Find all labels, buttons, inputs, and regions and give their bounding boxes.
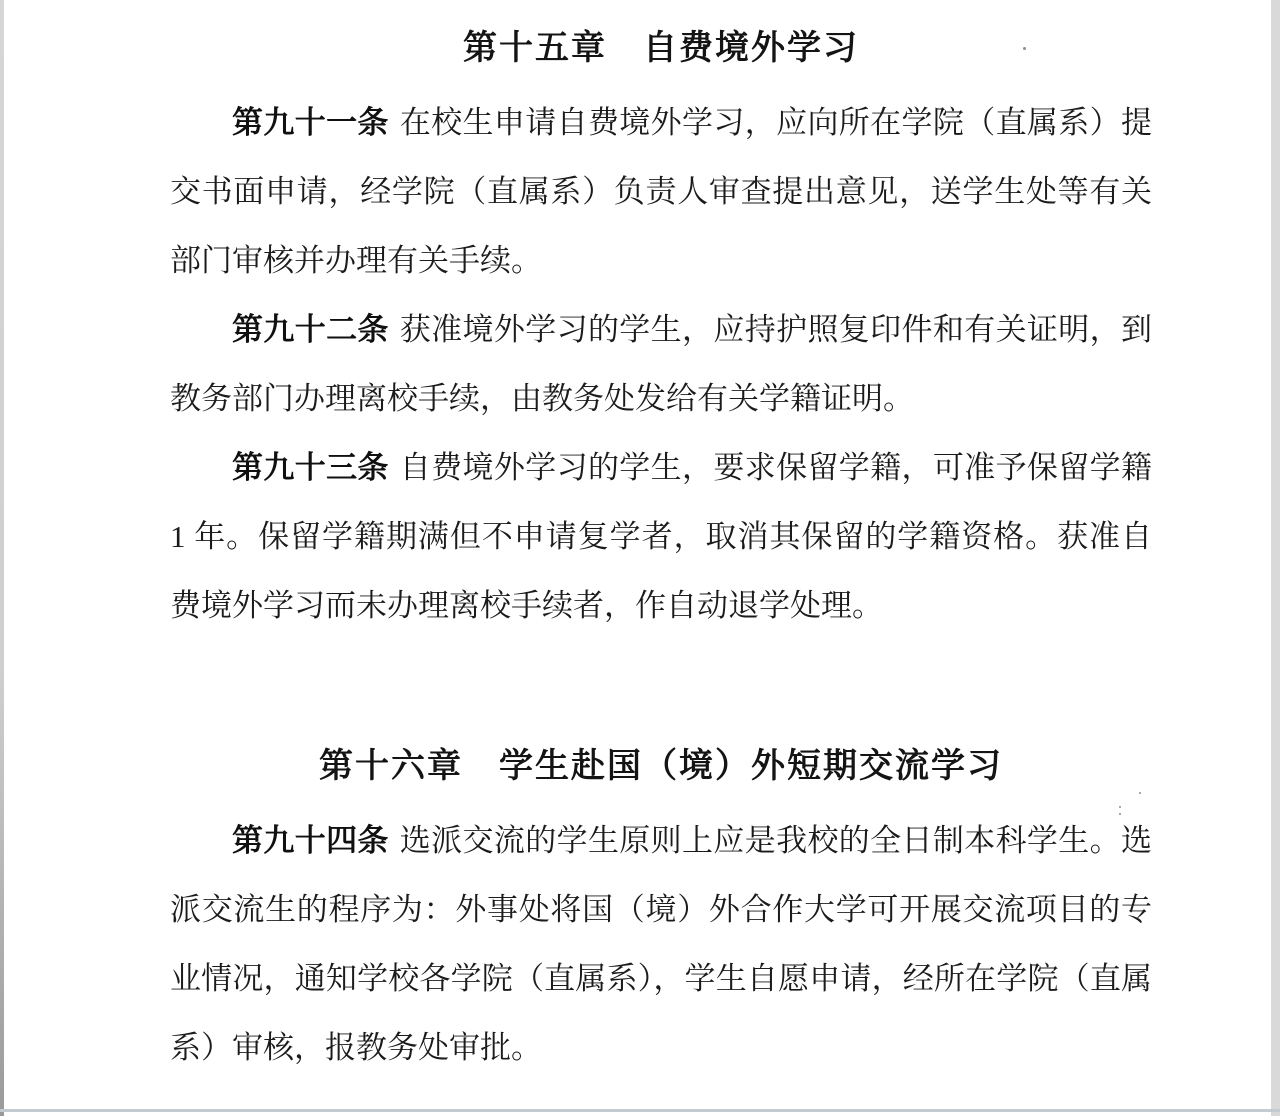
- article-paragraph-92: 第九十二条获准境外学习的学生，应持护照复印件和有关证明，到教务部门办理离校手续，…: [170, 295, 1152, 433]
- article-number-93: 第九十三条: [232, 450, 389, 485]
- article-number-91: 第九十一条: [232, 105, 389, 140]
- scan-edge-left: [0, 0, 4, 1116]
- article-paragraph-93: 第九十三条自费境外学习的学生，要求保留学籍，可准予保留学籍 1 年。保留学籍期满…: [170, 433, 1152, 640]
- article-number-94: 第九十四条: [232, 823, 389, 858]
- scan-edge-right: [1271, 0, 1280, 1116]
- document-body: 第十五章 自费境外学习 第九十一条在校生申请自费境外学习，应向所在学院（直属系）…: [170, 18, 1152, 1082]
- article-number-92: 第九十二条: [232, 312, 389, 347]
- chapter-heading-15: 第十五章 自费境外学习: [170, 18, 1152, 78]
- document-page: 第十五章 自费境外学习 第九十一条在校生申请自费境外学习，应向所在学院（直属系）…: [0, 0, 1280, 1116]
- article-paragraph-94: 第九十四条选派交流的学生原则上应是我校的全日制本科学生。选派交流生的程序为：外事…: [170, 806, 1152, 1082]
- chapter-heading-16: 第十六章 学生赴国（境）外短期交流学习: [170, 736, 1152, 796]
- article-paragraph-91: 第九十一条在校生申请自费境外学习，应向所在学院（直属系）提交书面申请，经学院（直…: [170, 88, 1152, 295]
- scan-edge-bottom: [0, 1109, 1280, 1112]
- article-text-94: 选派交流的学生原则上应是我校的全日制本科学生。选派交流生的程序为：外事处将国（境…: [170, 823, 1152, 1065]
